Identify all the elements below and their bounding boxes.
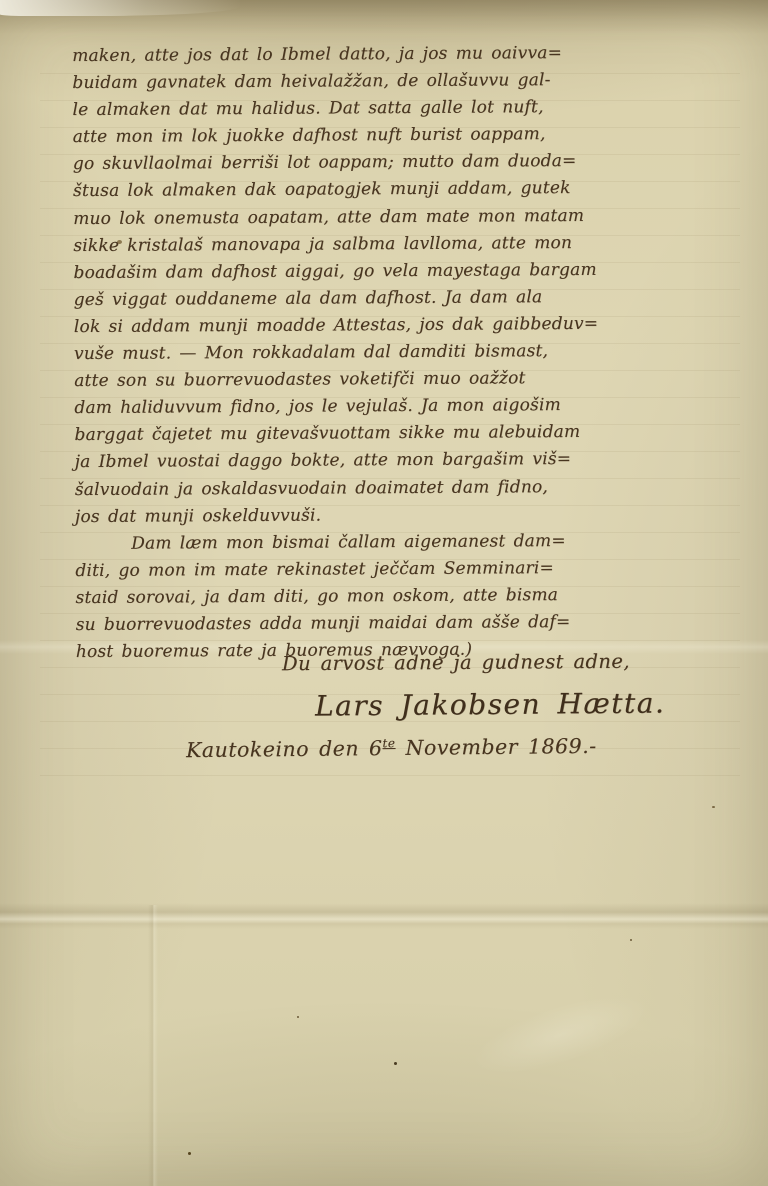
handwritten-line: dam haliduvvum fidno, jos le vejulaš. Ja… — [74, 391, 742, 422]
handwritten-line: go skuvllaolmai berriši lot oappam; mutt… — [73, 147, 741, 178]
handwritten-line: le almaken dat mu halidus. Dat satta gal… — [72, 93, 740, 124]
handwritten-line-paragraph-start: Dam læm mon bismai čallam aigemanest dam… — [75, 527, 743, 558]
handwritten-line: muo lok onemusta oapatam, atte dam mate … — [73, 202, 741, 233]
handwritten-line: šalvuodain ja oskaldasvuodain doaimatet … — [75, 472, 743, 503]
paper-speck — [630, 939, 632, 941]
paper-speck — [188, 1152, 191, 1155]
handwritten-line: buidam gavnatek dam heivalažžan, de olla… — [72, 66, 740, 97]
handwritten-line: diti, go mon im mate rekinastet ječčam S… — [75, 554, 743, 585]
letter-body: maken, atte jos dat lo Ibmel datto, ja j… — [72, 39, 744, 666]
handwritten-line: sikke kristalaš manovapa ja salbma lavll… — [73, 229, 741, 260]
paper-speck — [712, 806, 715, 808]
handwritten-line: ja Ibmel vuostai daggo bokte, atte mon b… — [75, 445, 743, 476]
handwritten-line: vuše must. — Mon rokkadalam dal damditi … — [74, 337, 742, 368]
paper-speck — [297, 1016, 299, 1018]
handwritten-line: staid sorovai, ja dam diti, go mon oskom… — [75, 581, 743, 612]
handwritten-line: barggat čajetet mu gitevašvuottam sikke … — [74, 418, 742, 449]
handwritten-line: lok si addam munji moadde Attestas, jos … — [74, 310, 742, 341]
paper-vertical-crease — [148, 905, 158, 1186]
handwritten-line: boadašim dam dafhost aiggai, go vela may… — [73, 256, 741, 287]
handwritten-line: jos dat munji oskelduvvuši. — [75, 500, 743, 531]
paper-speck — [394, 1062, 397, 1065]
handwritten-line: geš viggat ouddaneme ala dam dafhost. Ja… — [74, 283, 742, 314]
dateline-ordinal: te — [382, 736, 395, 750]
dateline-month-year: November 1869.- — [395, 734, 596, 760]
scanned-letter-page: maken, atte jos dat lo Ibmel datto, ja j… — [0, 0, 768, 1186]
handwritten-line: atte mon im lok juokke dafhost nuft buri… — [73, 120, 741, 151]
handwritten-line: maken, atte jos dat lo Ibmel datto, ja j… — [72, 39, 740, 70]
letter-dateline: Kautokeino den 6te November 1869.- — [186, 734, 597, 762]
signature-lars-jakobsen-haetta: Lars Jakobsen Hætta. — [315, 686, 666, 722]
handwritten-line: atte son su buorrevuodastes voketifči mu… — [74, 364, 742, 395]
letter-closing-salutation: Du arvost adne ja gudnest adne, — [282, 650, 630, 675]
handwritten-line: su buorrevuodastes adda munji maidai dam… — [76, 608, 744, 639]
dateline-place-day: Kautokeino den 6 — [186, 736, 383, 762]
handwritten-line: štusa lok almaken dak oapatogjek munji a… — [73, 174, 741, 205]
